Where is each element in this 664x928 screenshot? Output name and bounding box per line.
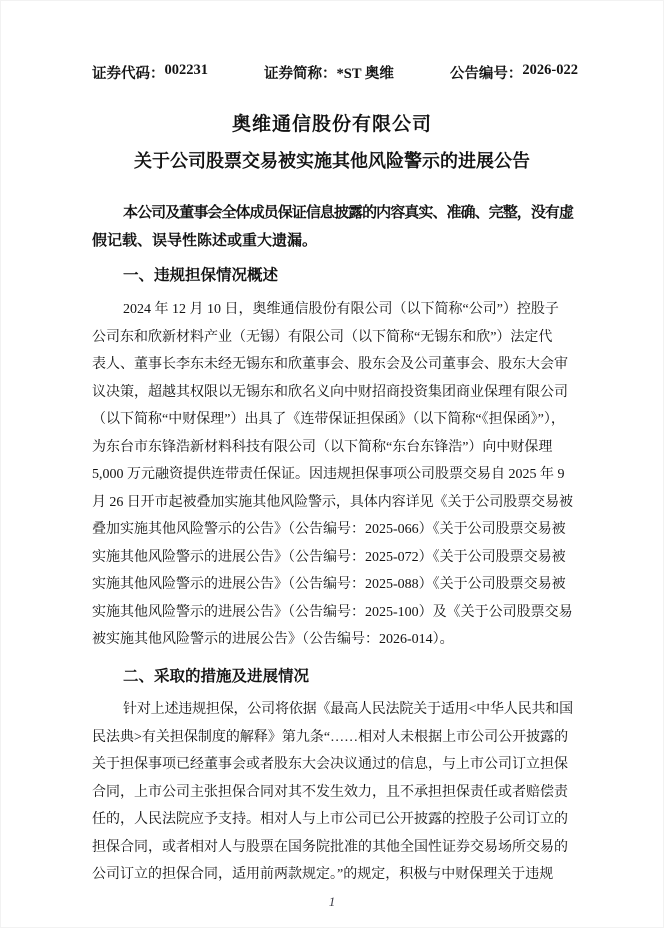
stock-code: 证券代码： 002231 xyxy=(92,62,208,83)
body-line: 担保合同，或者相对人与股票在国务院批准的其他全国性证券交易场所交易的 xyxy=(92,834,573,862)
body-line: （以下简称“中财保理”）出具了《连带保证担保函》（以下简称“《担保函》”）， xyxy=(92,406,573,434)
body-line: 叠加实施其他风险警示的公告》（公告编号：2025-066）《关于公司股票交易被 xyxy=(92,516,573,544)
announcement-number: 公告编号： 2026-022 xyxy=(450,62,578,83)
page-number: 1 xyxy=(0,893,664,911)
body-line: 针对上述违规担保，公司将依据《最高人民法院关于适用<中华人民共和国 xyxy=(92,696,573,724)
statement-line: 本公司及董事会全体成员保证信息披露的内容真实、准确、完整，没有虚 xyxy=(92,199,573,227)
section-1-paragraph: 2024 年 12 月 10 日，奥维通信股份有限公司（以下简称“公司”）控股子… xyxy=(92,296,573,654)
body-line: 关于担保事项已经董事会或者股东大会决议通过的信息，与上市公司订立担保 xyxy=(92,751,573,779)
stock-code-value: 002231 xyxy=(165,62,209,83)
body-line: 议决策，超越其权限以无锡东和欣名义向中财招商投资集团商业保理有限公司 xyxy=(92,379,573,407)
announcement-title: 关于公司股票交易被实施其他风险警示的进展公告 xyxy=(0,146,664,176)
body-line: 为东台市东锋浩新材料科技有限公司（以下简称“东台东锋浩”）向中财保理 xyxy=(92,434,573,462)
body-line: 实施其他风险警示的进展公告》（公告编号：2025-088）《关于公司股票交易被 xyxy=(92,571,573,599)
body-line: 民法典>有关担保制度的解释》第九条“……相对人未根据上市公司公开披露的 xyxy=(92,724,573,752)
announcement-number-value: 2026-022 xyxy=(522,62,578,83)
body-line: 公司订立的担保合同，适用前两款规定。”的规定，积极与中财保理关于违规 xyxy=(92,861,573,889)
stock-short-name-label: 证券简称： xyxy=(264,62,337,83)
document-header: 证券代码： 002231 证券简称： *ST 奥维 公告编号： 2026-022 xyxy=(92,62,578,83)
body-line: 表人、董事长李东未经无锡东和欣董事会、股东会及公司董事会、股东大会审 xyxy=(92,351,573,379)
body-line: 2024 年 12 月 10 日，奥维通信股份有限公司（以下简称“公司”）控股子 xyxy=(92,296,573,324)
body-line: 实施其他风险警示的进展公告》（公告编号：2025-100）及《关于公司股票交易 xyxy=(92,599,573,627)
body-line: 合同，上市公司主张担保合同对其不发生效力，且不承担担保责任或者赔偿责 xyxy=(92,779,573,807)
body-line: 5,000 万元融资提供连带责任保证。因违规担保事项公司股票交易自 2025 年… xyxy=(92,461,573,489)
body-line: 月 26 日开市起被叠加实施其他风险警示，具体内容详见《关于公司股票交易被 xyxy=(92,489,573,517)
announcement-number-label: 公告编号： xyxy=(450,62,523,83)
board-truthfulness-statement: 本公司及董事会全体成员保证信息披露的内容真实、准确、完整，没有虚 假记载、误导性… xyxy=(92,199,573,254)
body-line: 被实施其他风险警示的进展公告》（公告编号：2026-014）。 xyxy=(92,626,573,654)
body-line: 任的，人民法院应予支持。相对人与上市公司已公开披露的控股子公司订立的 xyxy=(92,806,573,834)
stock-code-label: 证券代码： xyxy=(92,62,165,83)
announcement-document-page: 证券代码： 002231 证券简称： *ST 奥维 公告编号： 2026-022… xyxy=(0,0,664,928)
body-line: 实施其他风险警示的进展公告》（公告编号：2025-072）《关于公司股票交易被 xyxy=(92,544,573,572)
body-line: 公司东和欣新材料产业（无锡）有限公司（以下简称“无锡东和欣”）法定代 xyxy=(92,324,573,352)
section-1-heading: 一、违规担保情况概述 xyxy=(92,262,573,290)
statement-line: 假记载、误导性陈述或重大遗漏。 xyxy=(92,227,573,255)
section-2-paragraph: 针对上述违规担保，公司将依据《最高人民法院关于适用<中华人民共和国 民法典>有关… xyxy=(92,696,573,889)
company-name-title: 奥维通信股份有限公司 xyxy=(0,110,664,140)
stock-short-name: 证券简称： *ST 奥维 xyxy=(264,62,394,83)
section-2-heading: 二、采取的措施及进展情况 xyxy=(92,663,573,691)
stock-short-name-value: *ST 奥维 xyxy=(337,62,394,83)
